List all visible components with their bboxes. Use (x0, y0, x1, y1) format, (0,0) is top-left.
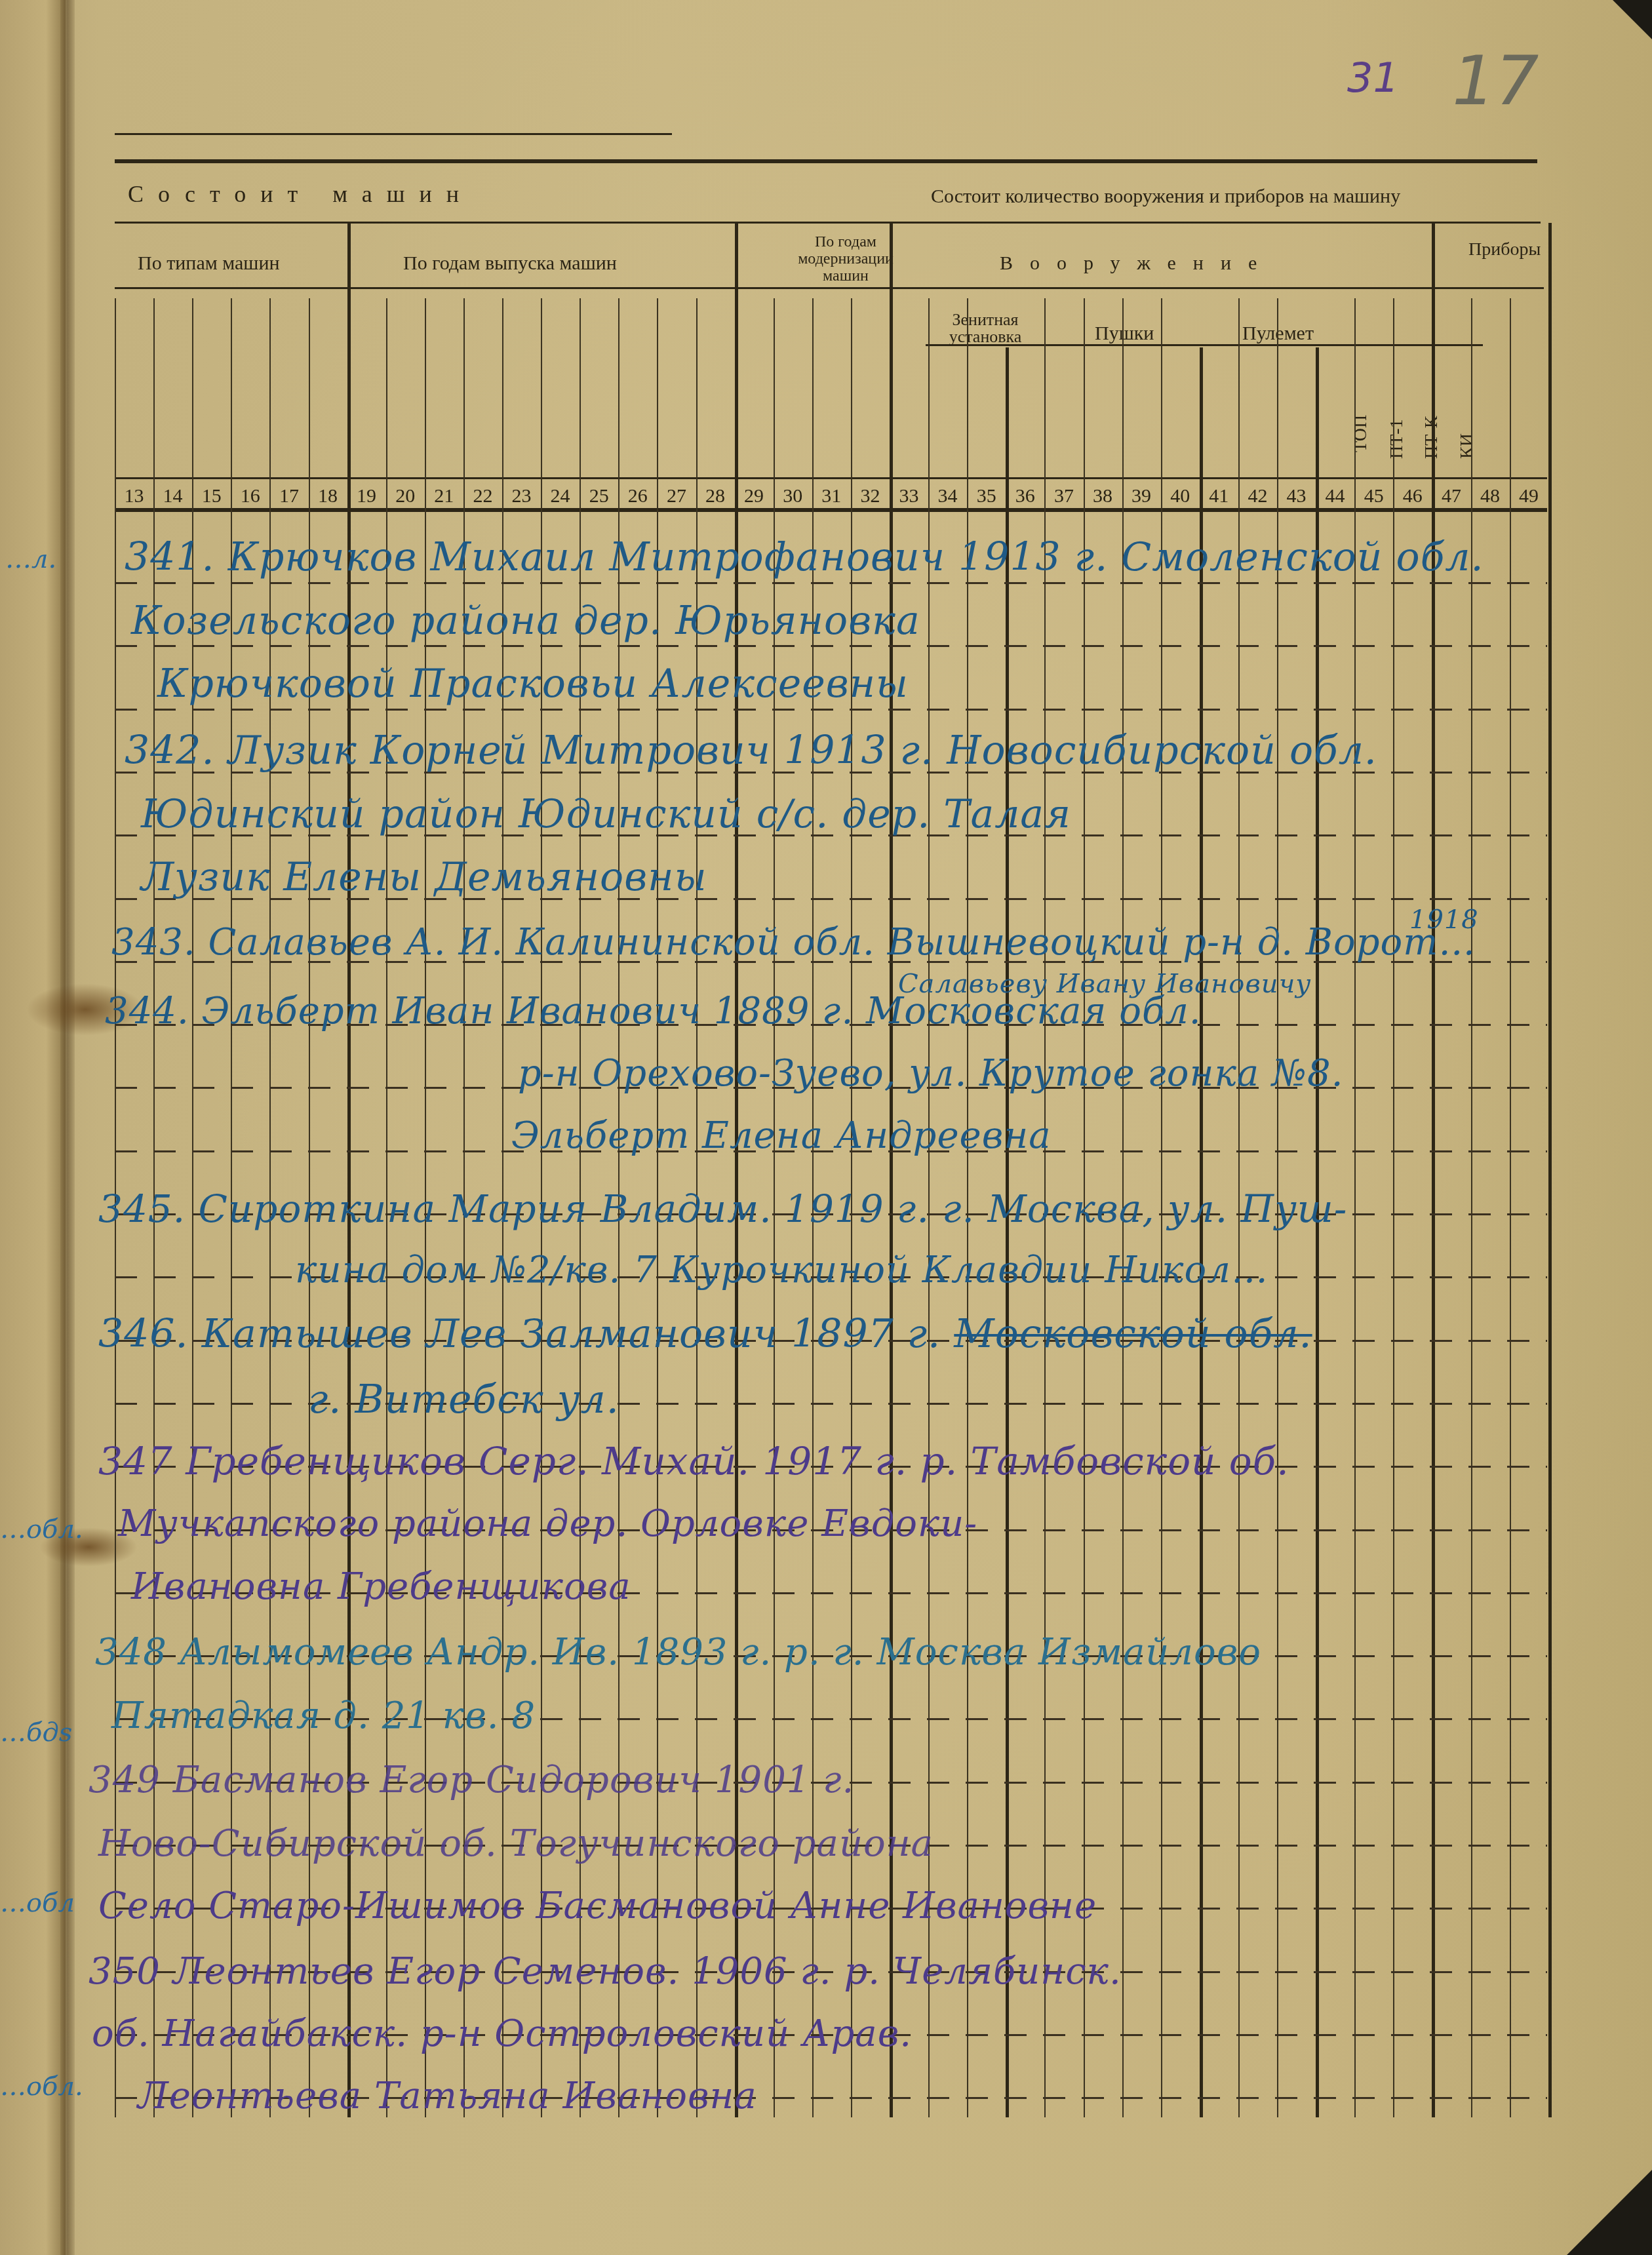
group-armament: Вооружение (1000, 252, 1274, 275)
group-by-modernization-year: По годам модернизации машин (774, 233, 918, 284)
column-number: 17 (269, 485, 308, 507)
column-number: 13 (115, 485, 153, 507)
margin-fragment: …л. (5, 544, 56, 574)
page-corner-dark (1613, 0, 1652, 39)
group-instruments: Приборы (1468, 239, 1527, 260)
column-number: 41 (1200, 485, 1238, 507)
column-number: 40 (1161, 485, 1200, 507)
page-corner-dark (1567, 2170, 1652, 2255)
subgroup-aa-mount: Зенитная установка (930, 311, 1041, 345)
column-number: 18 (309, 485, 347, 507)
column-number: 21 (425, 485, 463, 507)
entry-number: 344. (105, 990, 189, 1032)
header-group-bottom-rule (115, 287, 1544, 289)
entry-350-line-3: Леонтьева Татьяна Ивановна (138, 2075, 757, 2117)
entry-347-line-1: 347 Гребенщиков Серг. Михай. 1917 г. р. … (98, 1439, 1289, 1483)
column-divider (1432, 223, 1435, 2117)
entry-350-line-1: 350 Леонтьев Егор Семенов. 1906 г. р. Че… (88, 1950, 1122, 1993)
entry-345-line-2: кина дом №2/кв. 7 Курочкиной Клавдии Ник… (295, 1249, 1268, 1291)
entry-number: 347 (98, 1439, 173, 1483)
column-number: 19 (347, 485, 386, 507)
header-subgroup-rule (115, 222, 924, 224)
entry-350-line-2: об. Нагайбакск. р-н Остроловский Арав. (92, 2012, 912, 2055)
header-top-rule (115, 159, 1537, 163)
entry-347-line-2: Мучкапского района дер. Орловке Евдоки- (118, 1502, 977, 1545)
entry-number: 346. (98, 1311, 189, 1357)
struck-text: Московской обл. (954, 1311, 1312, 1357)
subgroup-cannons: Пушки (1095, 323, 1154, 345)
column-number: 48 (1471, 485, 1510, 507)
column-number: 28 (696, 485, 735, 507)
entry-341-line-3: Крючковой Прасковьи Алексеевны (157, 661, 909, 707)
entry-342-line-1: 342. Лузик Корней Митрович 1913 г. Новос… (125, 728, 1377, 774)
column-number: 16 (231, 485, 269, 507)
section-title-machines: Состоит машин (128, 180, 473, 208)
col-label-ki: КИ (1457, 433, 1478, 459)
entry-342-line-2: Юдинский район Юдинский с/с. дер. Талая (141, 791, 1071, 837)
entry-number: 348 (95, 1631, 167, 1674)
column-number: 45 (1354, 485, 1393, 507)
entry-349-line-3: Село Старо-Ишимов Басмановой Анне Иванов… (98, 1885, 1097, 1927)
header-bottom-rule (115, 508, 1547, 512)
entry-348-line-2: Пятадкая д. 21 кв. 8 (111, 1695, 536, 1737)
column-number: 35 (967, 485, 1006, 507)
column-number: 42 (1238, 485, 1277, 507)
column-number: 33 (890, 485, 928, 507)
column-number: 37 (1044, 485, 1083, 507)
column-number: 29 (735, 485, 774, 507)
column-number: 31 (812, 485, 851, 507)
column-number: 25 (580, 485, 618, 507)
entry-344-line-3: Эльберт Елена Андреевна (511, 1114, 1052, 1157)
column-number: 14 (153, 485, 192, 507)
margin-fragment: …обл. (0, 2071, 83, 2102)
entry-341-line-2: Козельского района дер. Юрьяновка (131, 598, 920, 644)
entry-number: 342. (125, 728, 215, 774)
entry-344-line-1: 344. Эльберт Иван Иванович 1889 г. Моско… (105, 990, 1202, 1032)
column-number: 43 (1277, 485, 1316, 507)
entry-349-line-1: 349 Басманов Егор Сидорович 1901 г. (88, 1759, 854, 1801)
column-number: 15 (192, 485, 231, 507)
margin-fragment: …обл. (0, 1514, 83, 1544)
header-top-short-rule (115, 133, 672, 135)
column-divider (1548, 223, 1552, 2117)
entry-349-line-2: Ново-Сибирской об. Тогучинского района (98, 1822, 934, 1865)
column-number: 23 (502, 485, 541, 507)
column-number: 46 (1393, 485, 1432, 507)
section-title-armament: Состоит количество вооружения и приборов… (931, 186, 1400, 208)
column-number: 34 (928, 485, 967, 507)
entry-number: 345. (98, 1186, 186, 1231)
margin-fragment: …бдs (0, 1717, 72, 1748)
row-divider (115, 709, 1547, 711)
row-divider (115, 645, 1547, 647)
column-number: 26 (618, 485, 657, 507)
entry-347-line-3: Ивановна Гребенщикова (131, 1565, 631, 1608)
entry-345-line-1: 345. Сироткина Мария Владим. 1919 г. г. … (98, 1186, 1347, 1231)
col-label-top: ТОП (1350, 415, 1371, 452)
column-number: 36 (1006, 485, 1044, 507)
entry-346-line-1: 346. Катышев Лев Залманович 1897 г. Моск… (98, 1311, 1312, 1357)
header-subgroup-rule-right (924, 222, 1541, 224)
column-number: 24 (541, 485, 580, 507)
column-number: 47 (1432, 485, 1470, 507)
folio-number-ink: 31 (1347, 54, 1399, 102)
entry-344-line-2: р-н Орехово-Зуево, ул. Крутое гонка №8. (518, 1052, 1343, 1095)
margin-fragment: …обл (0, 1888, 75, 1918)
ledger-page: …л. …обл. …бдs …обл …обл. 31 17 Состоит … (0, 0, 1652, 2255)
column-divider (1316, 347, 1319, 2117)
entry-number: 341. (125, 534, 215, 580)
column-number: 44 (1316, 485, 1354, 507)
column-divider (1006, 347, 1009, 2117)
entry-346-line-2: г. Витебск ул. (308, 1377, 619, 1422)
entry-number: 349 (88, 1759, 161, 1801)
column-number: 22 (463, 485, 502, 507)
row-divider (115, 582, 1547, 584)
entry-341-line-1: 341. Крючков Михаил Митрофанович 1913 г.… (125, 534, 1484, 580)
entry-number: 350 (88, 1950, 161, 1993)
entry-342-line-3: Лузик Елены Демьяновны (141, 854, 707, 900)
entry-number: 343. (111, 921, 196, 964)
column-number: 30 (774, 485, 812, 507)
column-number: 20 (386, 485, 425, 507)
header-numbers-top-rule (115, 477, 1547, 479)
group-by-type: По типам машин (138, 252, 280, 275)
column-divider (1200, 347, 1203, 2117)
group-by-release-year: По годам выпуска машин (403, 252, 617, 275)
column-number: 27 (657, 485, 696, 507)
column-number: 32 (851, 485, 890, 507)
column-number: 49 (1510, 485, 1548, 507)
folio-number-pencil: 17 (1452, 41, 1539, 121)
column-number: 38 (1084, 485, 1122, 507)
col-label-pt1: ПТ-1 (1386, 419, 1407, 459)
entry-348-line-1: 348 Алымомеев Андр. Ив. 1893 г. р. г. Мо… (95, 1631, 1261, 1674)
entry-343-line-1: 343. Салавьев А. И. Калининской обл. Выш… (111, 921, 1476, 964)
column-number: 39 (1122, 485, 1161, 507)
